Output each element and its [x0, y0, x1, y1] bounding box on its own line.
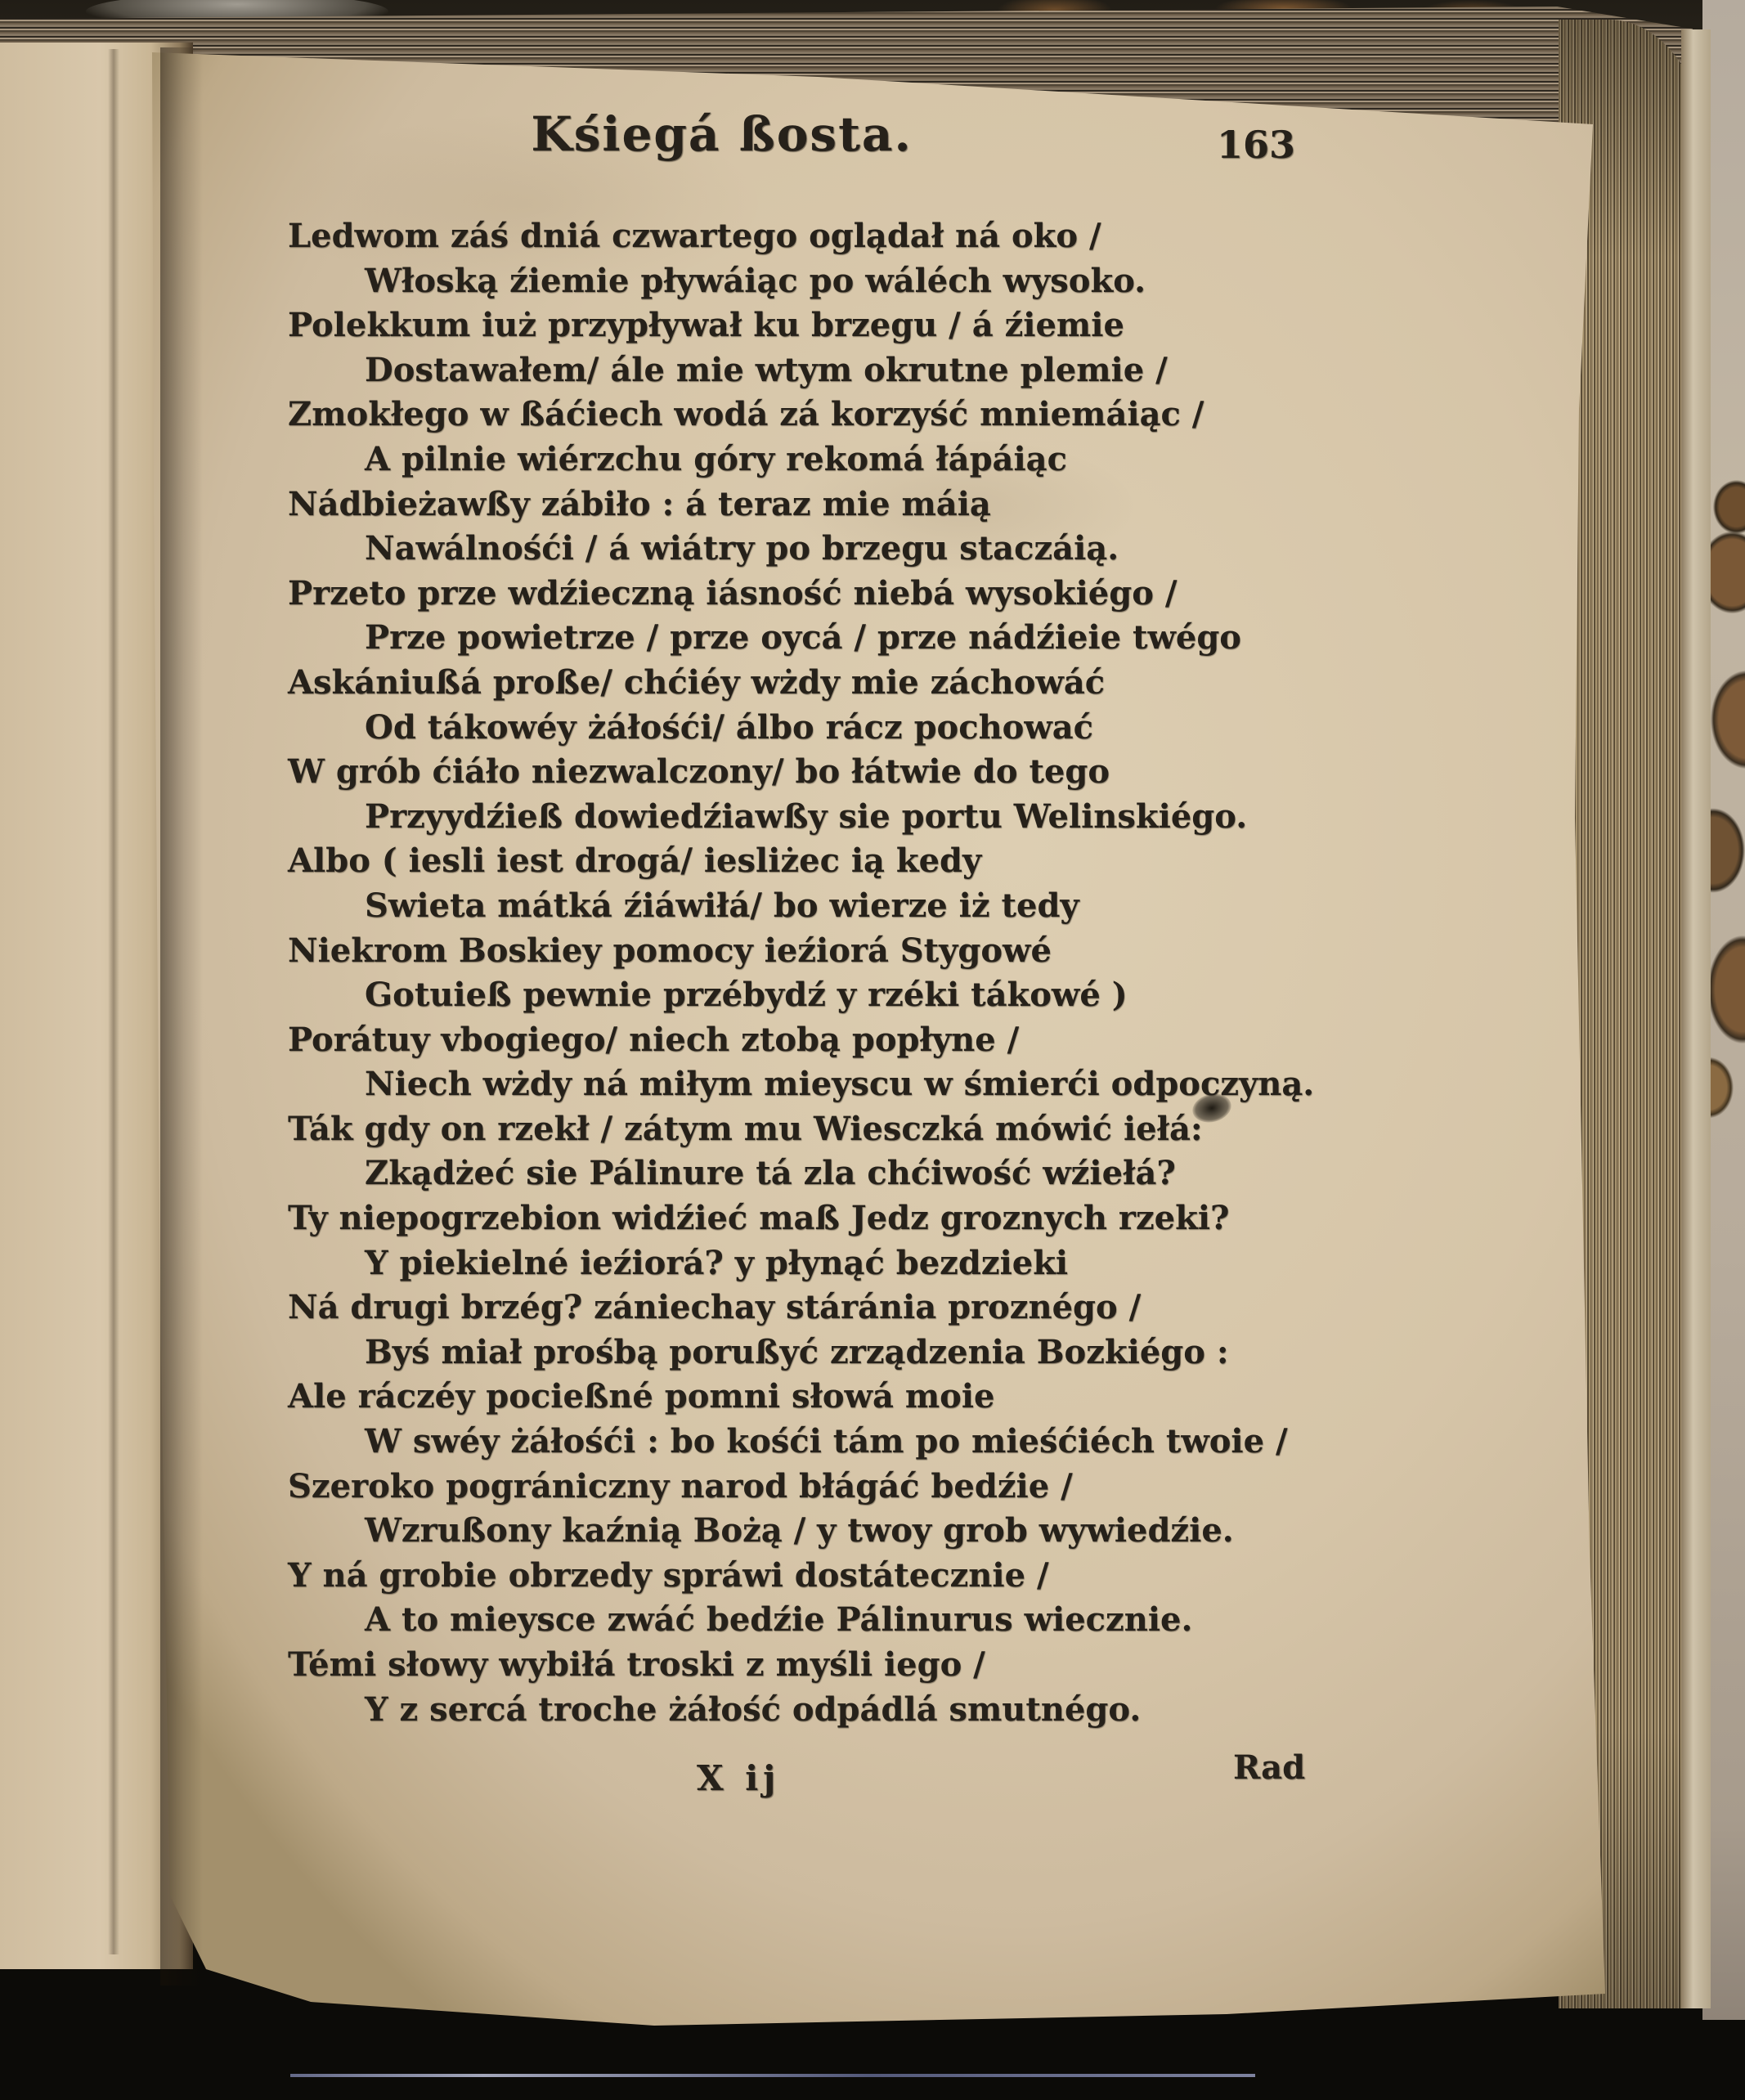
verse-line: Przeto prze wdźieczną iásność niebá wyso… — [288, 572, 1277, 617]
verse-line: Gotuieß pewnie przébydź y rzéki tákowé ) — [288, 973, 1277, 1018]
page-text: Kśiegá ßosta. 163 Ledwom záś dniá czwart… — [0, 0, 1745, 2100]
verse-line: Ale ráczéy pocießné pomni słowá moie — [288, 1375, 1277, 1420]
verse-line: Przyydźieß dowiedźiawßy sie portu Welins… — [288, 795, 1277, 840]
verse-line: Włoską źiemie pływáiąc po wáléch wysoko. — [288, 259, 1277, 304]
verse-line: Wzrußony kaźnią Bożą / y twoy grob wywie… — [288, 1509, 1277, 1554]
verse-line: Albo ( iesli iest drogá/ iesliżec ią ked… — [288, 839, 1277, 884]
catchword: Rad — [1233, 1748, 1305, 1787]
verse-line: Od tákowéy żáłośći/ álbo rácz pochować — [288, 706, 1277, 751]
verse-line: Niekrom Boskiey pomocy ieźiorá Stygowé — [288, 929, 1277, 974]
verse-line: Askániußá proße/ chćiéy wżdy mie záchowá… — [288, 661, 1277, 706]
verse-line: Ták gdy on rzekł / zátym mu Wiesczká mów… — [288, 1107, 1277, 1152]
verse-line: Ná drugi brzég? zániechay stáránia prozn… — [288, 1286, 1277, 1330]
verse-line: Ledwom záś dniá czwartego oglądał ná oko… — [288, 214, 1277, 259]
verse-line: Szeroko pográniczny narod błágáć bedźie … — [288, 1465, 1277, 1510]
page-number: 163 — [1217, 123, 1295, 167]
verse-line: Byś miał prośbą porußyć zrządzenia Bozki… — [288, 1330, 1277, 1375]
signature-mark: X ij — [697, 1758, 780, 1798]
verse-line: Témi słowy wybiłá troski z myśli iego / — [288, 1643, 1277, 1688]
verse-line: Y z sercá troche żáłość odpádlá smutnégo… — [288, 1688, 1277, 1733]
verse-line: Zkądżeć sie Pálinure tá zla chćiwość wźi… — [288, 1151, 1277, 1196]
verse-line: Y piekielné ieźiorá? y płynąć bezdzieki — [288, 1241, 1277, 1286]
verse-line: Niech wżdy ná miłym mieyscu w śmierći od… — [288, 1062, 1277, 1107]
verse-line: Zmokłego w ßáćiech wodá zá korzyść mniem… — [288, 393, 1277, 437]
verse-line: A pilnie wiérzchu góry rekomá łápáiąc — [288, 437, 1277, 482]
verse-line: A to mieysce zwáć bedźie Pálinurus wiecz… — [288, 1598, 1277, 1643]
verse-line: W grób ćiáło niezwalczony/ bo łátwie do … — [288, 750, 1277, 795]
verse-line: Swieta mátká źiáwiłá/ bo wierze iż tedy — [288, 884, 1277, 929]
verse-line: Prze powietrze / prze oycá / prze nádźie… — [288, 616, 1277, 661]
verse-lines: Ledwom záś dniá czwartego oglądał ná oko… — [288, 214, 1277, 1732]
verse-line: W swéy żáłośći : bo kośći tám po mieśćié… — [288, 1420, 1277, 1465]
verse-line: Dostawałem/ ále mie wtym okrutne plemie … — [288, 348, 1277, 393]
verse-line: Y ná grobie obrzedy spráwi dostátecznie … — [288, 1554, 1277, 1599]
book-scan: Kśiegá ßosta. 163 Ledwom záś dniá czwart… — [0, 0, 1745, 2100]
verse-line: Nádbieżawßy zábiło : á teraz mie máią — [288, 482, 1277, 527]
verse-line: Nawálnośći / á wiátry po brzegu staczáią… — [288, 527, 1277, 572]
verse-line: Polekkum iuż przypływał ku brzegu / á źi… — [288, 303, 1277, 348]
verse-line: Porátuy vbogiego/ niech ztobą popłyne / — [288, 1018, 1277, 1063]
running-header: Kśiegá ßosta. — [245, 106, 1198, 162]
verse-line: Ty niepogrzebion widźieć maß Jedz grozny… — [288, 1196, 1277, 1241]
